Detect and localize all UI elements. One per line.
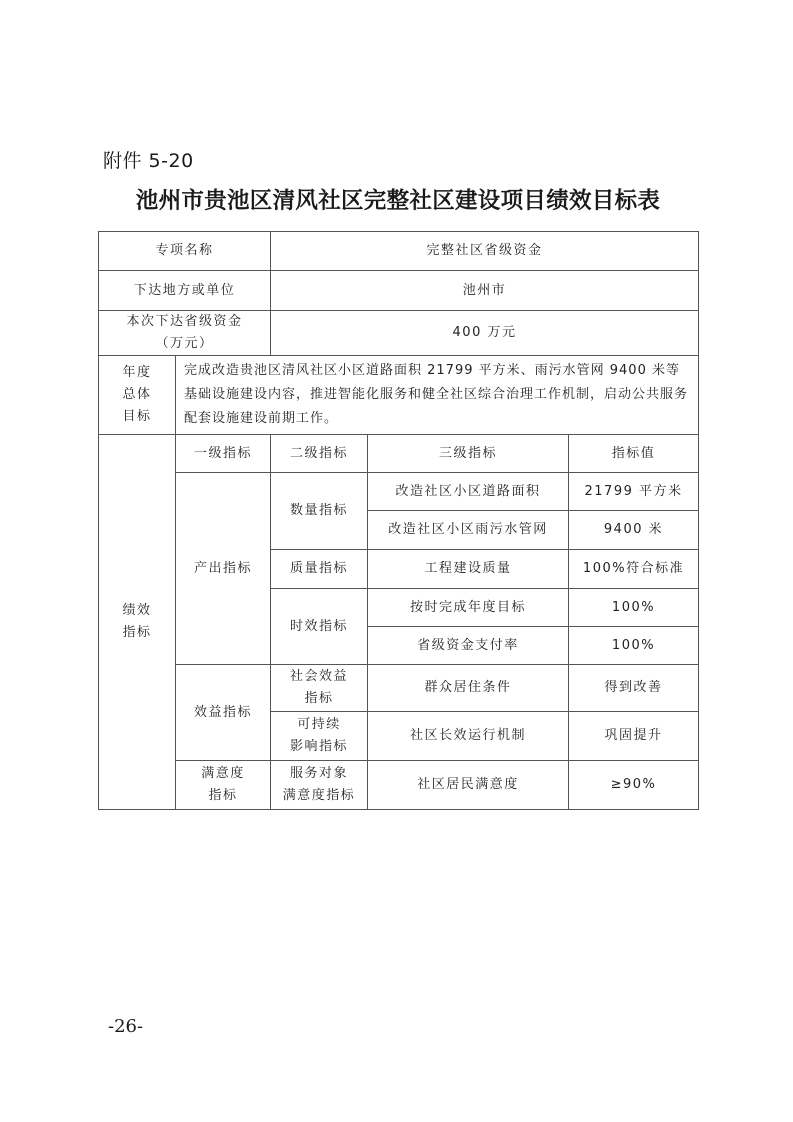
recipient-value: 池州市 [271, 271, 699, 311]
value-cell: 100% [569, 589, 699, 627]
level2-social-line: 社会效益 [275, 666, 363, 688]
level1-satisfaction-line: 满意度 [180, 763, 266, 785]
annual-goal-row: 年度 总体 目标 完成改造贵池区清风社区小区道路面积 21799 平方米、雨污水… [99, 356, 699, 435]
recipient-label: 下达地方或单位 [99, 271, 271, 311]
level1-benefit: 效益指标 [176, 665, 271, 761]
header-level2: 二级指标 [271, 435, 368, 473]
level2-social-line: 指标 [275, 688, 363, 710]
header-value: 指标值 [569, 435, 699, 473]
performance-label-line: 指标 [103, 622, 171, 644]
level1-satisfaction-line: 指标 [180, 785, 266, 807]
level3-cell: 改造社区小区雨污水管网 [368, 511, 569, 550]
value-cell: ≥90% [569, 761, 699, 810]
info-row-funds: 本次下达省级资金 （万元） 400 万元 [99, 311, 699, 356]
page-number: -26- [108, 1016, 143, 1037]
annual-goal-label-line: 目标 [103, 406, 171, 428]
annual-goal-label: 年度 总体 目标 [99, 356, 176, 435]
annual-goal-text: 完成改造贵池区清风社区小区道路面积 21799 平方米、雨污水管网 9400 米… [176, 356, 699, 435]
info-row-recipient: 下达地方或单位 池州市 [99, 271, 699, 311]
level2-timeliness: 时效指标 [271, 589, 368, 665]
header-level3: 三级指标 [368, 435, 569, 473]
funds-value: 400 万元 [271, 311, 699, 356]
table-row: 满意度 指标 服务对象 满意度指标 社区居民满意度 ≥90% [99, 761, 699, 810]
value-cell: 巩固提升 [569, 712, 699, 761]
indicator-header-row: 绩效 指标 一级指标 二级指标 三级指标 指标值 [99, 435, 699, 473]
level3-cell: 按时完成年度目标 [368, 589, 569, 627]
funds-label-line2: （万元） [103, 333, 266, 355]
value-cell: 9400 米 [569, 511, 699, 550]
level2-service-line: 服务对象 [275, 763, 363, 785]
attachment-label: 附件 5-20 [103, 146, 194, 173]
level3-cell: 改造社区小区道路面积 [368, 473, 569, 511]
level3-cell: 社区长效运行机制 [368, 712, 569, 761]
level2-quality: 质量指标 [271, 550, 368, 589]
project-name-label: 专项名称 [99, 232, 271, 271]
table-row: 产出指标 数量指标 改造社区小区道路面积 21799 平方米 [99, 473, 699, 511]
funds-label: 本次下达省级资金 （万元） [99, 311, 271, 356]
performance-label-line: 绩效 [103, 600, 171, 622]
performance-section-label: 绩效 指标 [99, 435, 176, 810]
level3-cell: 群众居住条件 [368, 665, 569, 712]
level3-cell: 社区居民满意度 [368, 761, 569, 810]
level1-output: 产出指标 [176, 473, 271, 665]
level1-satisfaction: 满意度 指标 [176, 761, 271, 810]
info-row-project-name: 专项名称 完整社区省级资金 [99, 232, 699, 271]
level2-service-line: 满意度指标 [275, 785, 363, 807]
value-cell: 100%符合标准 [569, 550, 699, 589]
value-cell: 得到改善 [569, 665, 699, 712]
value-cell: 100% [569, 627, 699, 665]
level2-sustainability: 可持续 影响指标 [271, 712, 368, 761]
performance-target-table: 专项名称 完整社区省级资金 下达地方或单位 池州市 本次下达省级资金 （万元） … [98, 231, 699, 810]
project-name-value: 完整社区省级资金 [271, 232, 699, 271]
level2-service: 服务对象 满意度指标 [271, 761, 368, 810]
funds-label-line1: 本次下达省级资金 [103, 311, 266, 333]
table-row: 效益指标 社会效益 指标 群众居住条件 得到改善 [99, 665, 699, 712]
level2-social: 社会效益 指标 [271, 665, 368, 712]
level2-sustain-line: 影响指标 [275, 736, 363, 758]
level3-cell: 省级资金支付率 [368, 627, 569, 665]
level2-sustain-line: 可持续 [275, 714, 363, 736]
level2-quantity: 数量指标 [271, 473, 368, 550]
annual-goal-label-line: 年度 [103, 362, 171, 384]
annual-goal-label-line: 总体 [103, 384, 171, 406]
header-level1: 一级指标 [176, 435, 271, 473]
value-cell: 21799 平方米 [569, 473, 699, 511]
document-title: 池州市贵池区清风社区完整社区建设项目绩效目标表 [98, 183, 698, 215]
level3-cell: 工程建设质量 [368, 550, 569, 589]
